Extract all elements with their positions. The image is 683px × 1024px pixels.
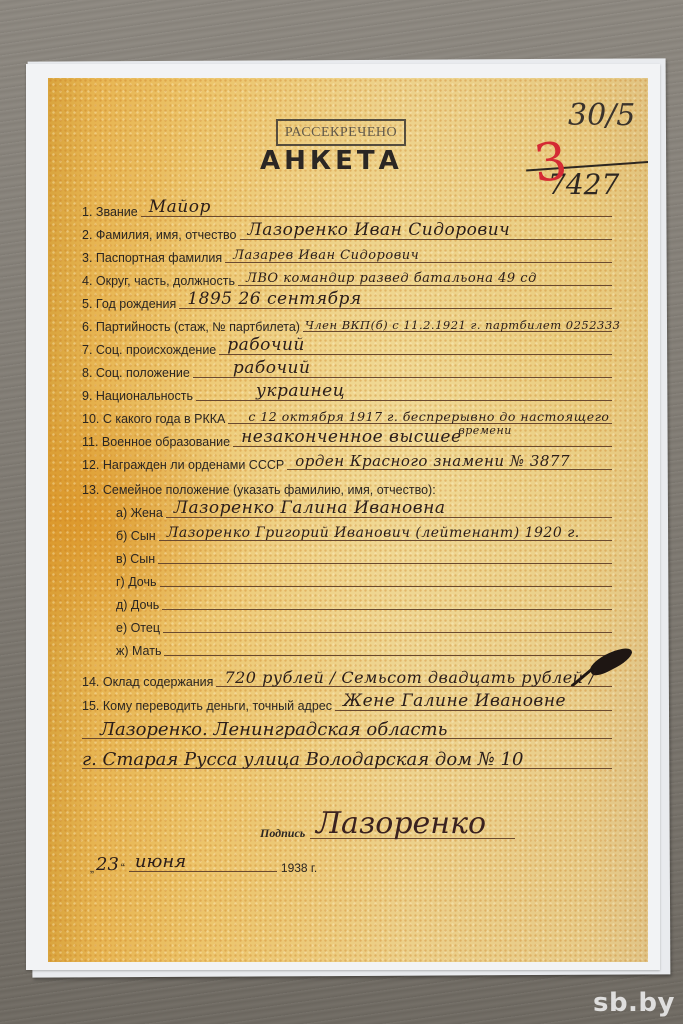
family-father: е) Отец — [82, 614, 612, 636]
field-awards: 12. Награжден ли орденами СССР орден Кра… — [82, 451, 612, 473]
field-label: 4. Округ, часть, должность — [82, 274, 235, 289]
field-value: 720 рублей / Семьсот двадцать рублей / — [224, 668, 595, 687]
field-label: 8. Соц. положение — [82, 366, 190, 381]
field-label: а) Жена — [82, 506, 163, 521]
field-value: украинец — [256, 381, 345, 401]
address-line-3-value: г. Старая Русса улица Володарская дом № … — [82, 749, 523, 770]
address-line-2-value: Лазоренко. Ленинградская область — [100, 719, 447, 740]
family-mother: ж) Мать — [82, 637, 612, 659]
field-value: Лазоренко Григорий Иванович (лейтенант) … — [167, 525, 580, 541]
field-label: в) Сын — [82, 552, 155, 567]
field-value: 1895 26 сентября — [187, 289, 361, 309]
field-label: б) Сын — [82, 529, 156, 544]
date-open-quote: „ — [90, 861, 94, 875]
field-social-status: 8. Соц. положение рабочий — [82, 359, 612, 381]
registration-red-mark: 3 — [531, 131, 570, 194]
family-daughter-2: д) Дочь — [82, 591, 612, 613]
field-label: 2. Фамилия, имя, отчество — [82, 228, 237, 243]
registration-number-top: 30/5 — [568, 98, 635, 133]
field-military-education: 11. Военное образование незаконченное вы… — [82, 428, 612, 450]
declassified-stamp: РАССЕКРЕЧЕНО — [276, 119, 406, 146]
document-title: АНКЕТА — [260, 146, 403, 176]
field-label: 7. Соц. происхождение — [82, 343, 216, 358]
field-value: с 12 октября 1917 г. беспрерывно до наст… — [248, 409, 609, 424]
field-birth-year: 5. Год рождения 1895 26 сентября — [82, 290, 612, 312]
field-label: 12. Награжден ли орденами СССР — [82, 458, 284, 473]
field-label: 10. С какого года в РККА — [82, 412, 225, 427]
watermark-logo: sb.by — [593, 988, 675, 1018]
field-label: е) Отец — [82, 621, 160, 636]
field-value: Лазарев Иван Сидорович — [233, 248, 419, 263]
field-value: Член ВКП(б) с 11.2.1921 г. партбилет 025… — [305, 318, 621, 332]
field-red-army-since: 10. С какого года в РККА с 12 октября 19… — [82, 405, 612, 427]
field-label: 11. Военное образование — [82, 435, 230, 450]
field-value: Лазоренко Иван Сидорович — [248, 220, 511, 240]
field-label: 15. Кому переводить деньги, точный адрес — [82, 699, 332, 714]
field-passport-surname: 3. Паспортная фамилия Лазарев Иван Сидор… — [82, 244, 612, 266]
address-line-2: Лазоренко. Ленинградская область — [82, 738, 612, 739]
date-close-quote: “ — [121, 861, 125, 875]
date-day: 23 — [96, 854, 119, 875]
field-label: 9. Национальность — [82, 389, 193, 404]
family-wife: а) Жена Лазоренко Галина Ивановна — [82, 499, 612, 521]
field-value: Майор — [149, 197, 211, 217]
field-value: незаконченное высшее — [241, 427, 461, 447]
field-label: 14. Оклад содержания — [82, 675, 213, 690]
field-label: г) Дочь — [82, 575, 157, 590]
field-value: ЛВО командир развед батальона 49 сд — [246, 271, 537, 286]
date-month: июня — [135, 851, 186, 872]
address-line-3: г. Старая Русса улица Володарская дом № … — [82, 768, 612, 769]
field-social-origin: 7. Соц. происхождение рабочий — [82, 336, 612, 358]
field-value: Лазоренко Галина Ивановна — [174, 498, 446, 518]
signature: Лазоренко — [316, 806, 486, 841]
field-label: 3. Паспортная фамилия — [82, 251, 222, 266]
field-salary: 14. Оклад содержания 720 рублей / Семьсо… — [82, 668, 612, 690]
field-district-unit-position: 4. Округ, часть, должность ЛВО командир … — [82, 267, 612, 289]
family-heading: 13. Семейное положение (указать фамилию,… — [82, 476, 436, 498]
signature-label: Подпись — [260, 826, 305, 841]
field-label: д) Дочь — [82, 598, 159, 613]
field-label: 5. Год рождения — [82, 297, 176, 312]
date-row: „ 23 “ июня 1938 г. — [90, 854, 317, 875]
field-nationality: 9. Национальность украинец — [82, 382, 612, 404]
date-month-line: июня — [129, 871, 277, 872]
field-label: ж) Мать — [82, 644, 161, 659]
field-rank: 1. Звание Майор — [82, 198, 612, 220]
family-daughter-1: г) Дочь — [82, 568, 612, 590]
date-year: 1938 г. — [281, 861, 317, 875]
questionnaire-document: РАССЕКРЕЧЕНО АНКЕТА 30/5 7427 3 1. Звани… — [48, 78, 648, 962]
field-value: Жене Галине Ивановне — [343, 691, 566, 711]
field-payment-address: 15. Кому переводить деньги, точный адрес… — [82, 692, 612, 714]
field-value: рабочий — [227, 335, 305, 355]
field-value: орден Красного знамени № 3877 — [295, 452, 570, 470]
family-son-2: в) Сын — [82, 545, 612, 567]
field-label: 1. Звание — [82, 205, 138, 220]
field-party-membership: 6. Партийность (стаж, № партбилета) Член… — [82, 313, 612, 335]
field-label: 6. Партийность (стаж, № партбилета) — [82, 320, 300, 335]
field-full-name: 2. Фамилия, имя, отчество Лазоренко Иван… — [82, 221, 612, 243]
field-value: рабочий — [233, 358, 311, 378]
family-son-1: б) Сын Лазоренко Григорий Иванович (лейт… — [82, 522, 612, 544]
